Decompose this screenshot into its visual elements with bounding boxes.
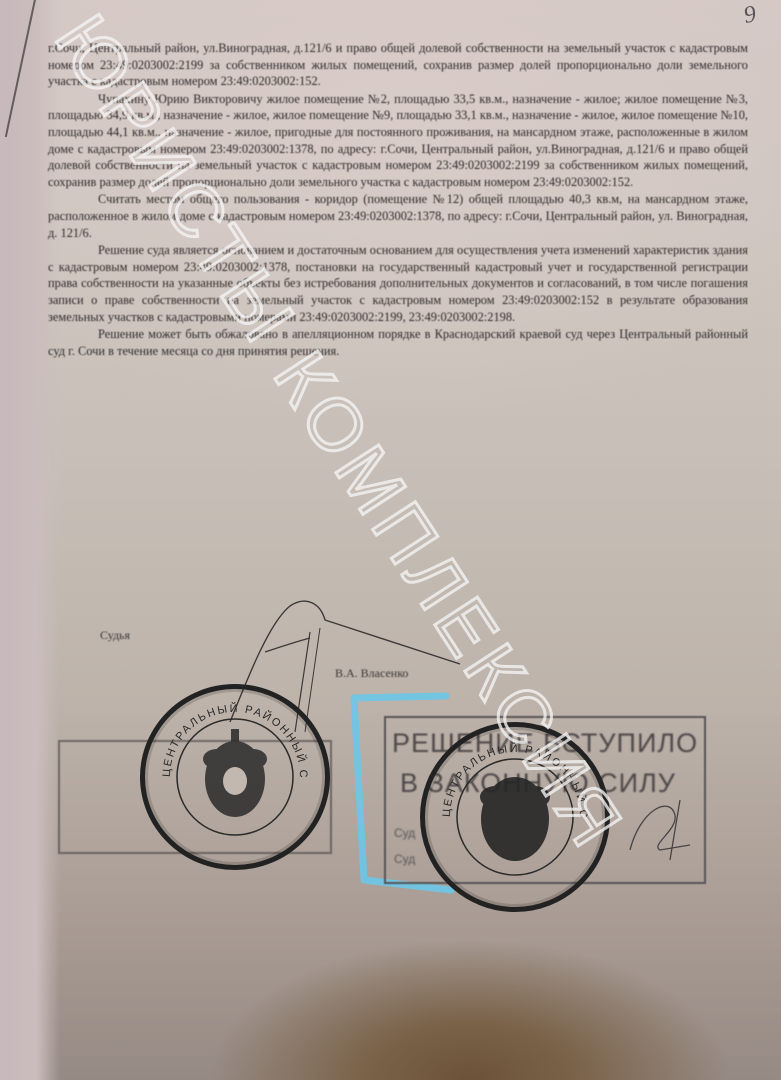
validity-stamp-small-1: Суд bbox=[394, 826, 415, 840]
coat-of-arms-icon: ЦЕНТРАЛЬНЫЙ РАЙОННЫЙ СУД bbox=[145, 689, 325, 865]
signature-label: Судья bbox=[100, 628, 130, 643]
judge-name: В.А. Власенко bbox=[335, 666, 408, 681]
court-seal-left: ЦЕНТРАЛЬНЫЙ РАЙОННЫЙ СУД bbox=[140, 684, 330, 870]
paragraph-5: Решение может быть обжаловано в апелляци… bbox=[48, 326, 748, 359]
paragraph-4: Решение суда является основанием и доста… bbox=[48, 242, 748, 325]
validity-stamp-small-2: Суд bbox=[394, 852, 415, 866]
